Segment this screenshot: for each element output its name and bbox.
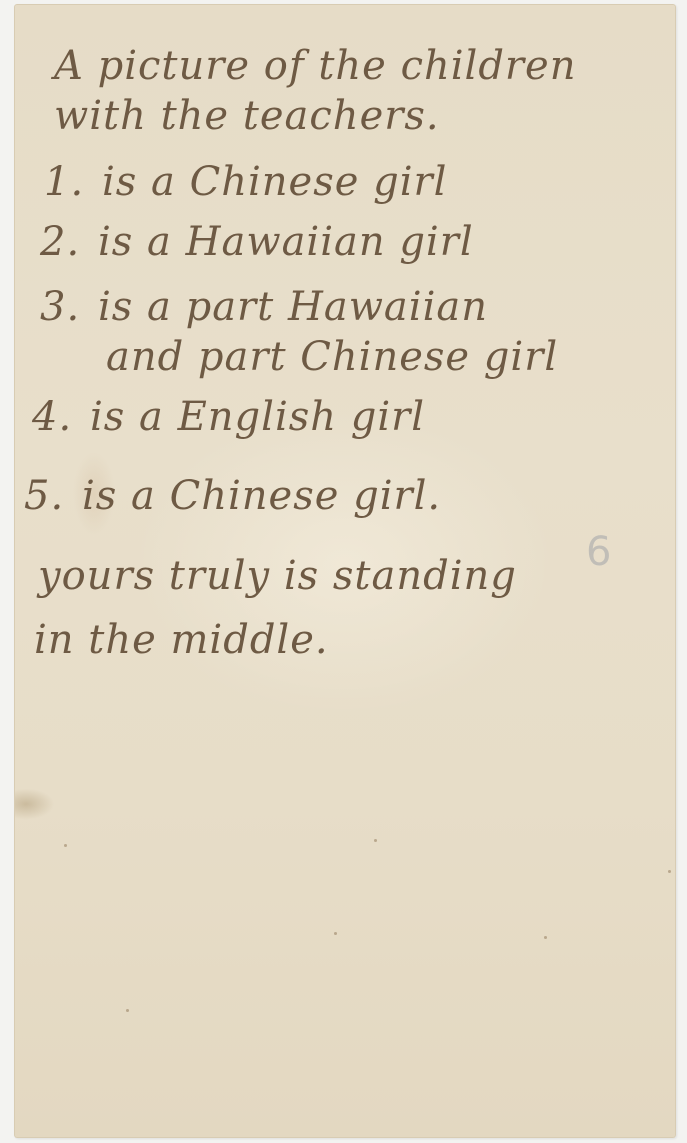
list-item-4: 4.is a English girl xyxy=(32,397,425,437)
paper-speck xyxy=(64,844,67,847)
list-number: 5. xyxy=(24,476,82,516)
list-item-3-continuation: and part Chinese girl xyxy=(106,337,558,377)
list-text: is a Chinese girl. xyxy=(82,473,441,519)
intro-line-1: A picture of the children xyxy=(54,46,576,86)
list-number: 4. xyxy=(32,397,90,437)
paper-speck xyxy=(668,870,671,873)
list-number: 1. xyxy=(44,162,102,202)
pencil-annotation: 6 xyxy=(586,532,611,572)
list-number: 2. xyxy=(40,222,98,262)
list-item-1: 1.is a Chinese girl xyxy=(44,162,447,202)
intro-line-2: with the teachers. xyxy=(54,96,440,136)
list-item-3: 3.is a part Hawaiian xyxy=(40,287,488,327)
paper-speck xyxy=(334,932,337,935)
list-text: is a Chinese girl xyxy=(102,159,447,205)
list-text: is a part Hawaiian xyxy=(98,284,488,330)
list-item-5: 5.is a Chinese girl. xyxy=(24,476,441,516)
list-text: is a English girl xyxy=(90,394,425,440)
list-text: is a Hawaiian girl xyxy=(98,219,474,265)
paper-speck xyxy=(544,936,547,939)
closing-line-2: in the middle. xyxy=(34,620,329,660)
note-card: A picture of the children with the teach… xyxy=(14,4,676,1138)
closing-line-1: yours truly is standing xyxy=(38,556,517,596)
list-number: 3. xyxy=(40,287,98,327)
paper-speck xyxy=(374,839,377,842)
paper-speck xyxy=(126,1009,129,1012)
list-item-2: 2.is a Hawaiian girl xyxy=(40,222,474,262)
